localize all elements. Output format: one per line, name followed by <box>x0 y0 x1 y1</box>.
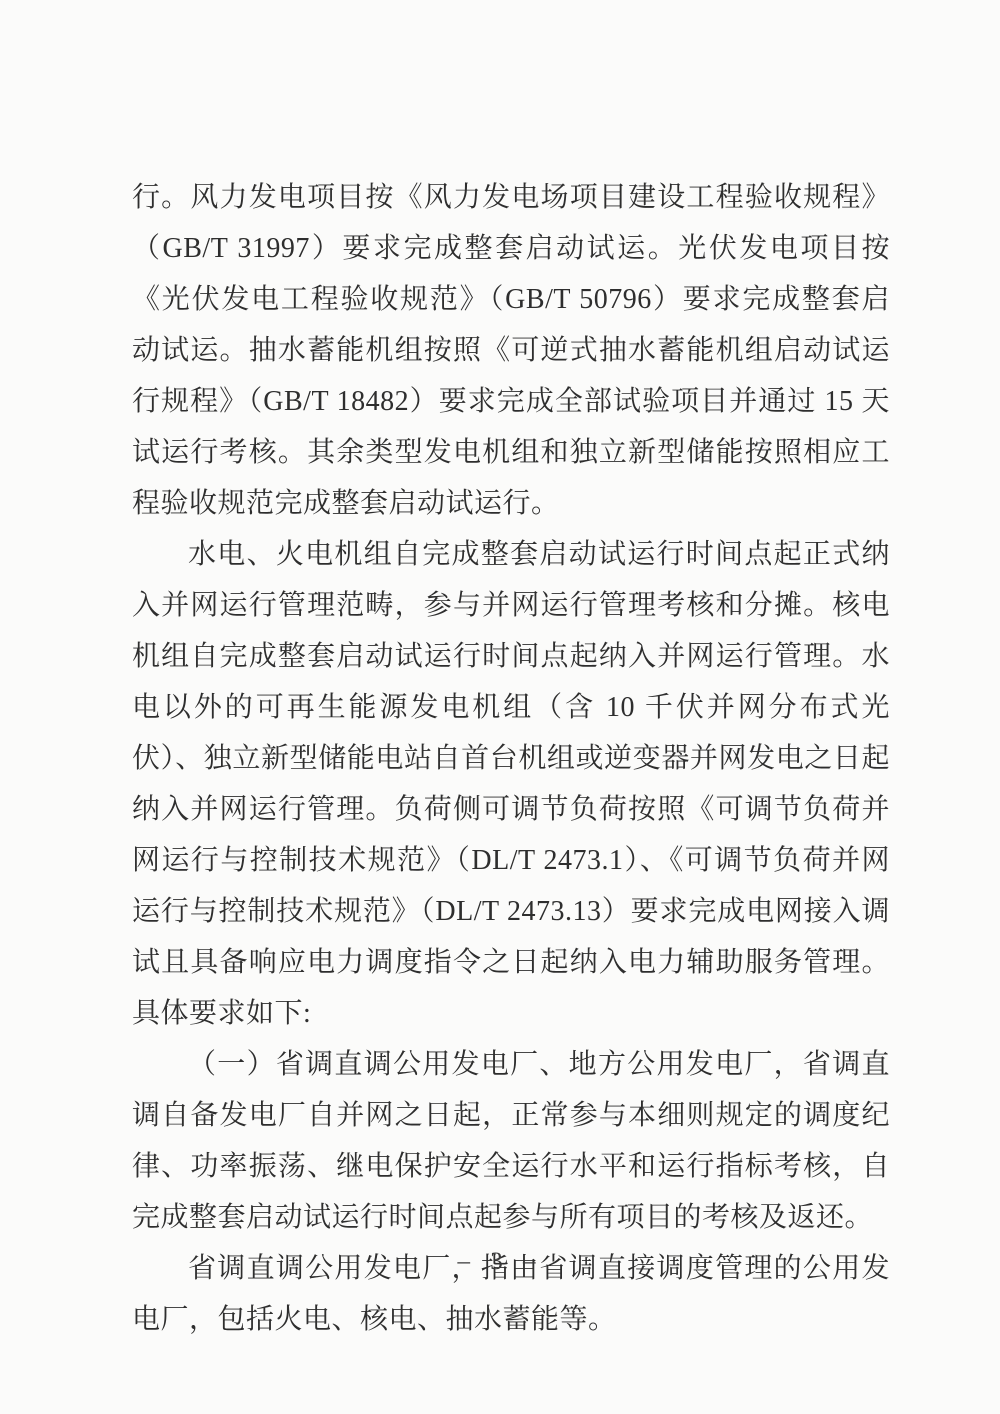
page-number: – 3 – <box>458 1248 543 1275</box>
page-footer: – 3 – <box>0 1248 1000 1276</box>
body-paragraph-grid-management: 水电、火电机组自完成整套启动试运行时间点起正式纳入并网运行管理范畴，参与并网运行… <box>132 529 890 1039</box>
body-paragraph-continuation: 行。风力发电项目按《风力发电场项目建设工程验收规程》（GB/T 31997）要求… <box>132 172 890 529</box>
document-page: 行。风力发电项目按《风力发电场项目建设工程验收规程》（GB/T 31997）要求… <box>0 0 1000 1414</box>
document-body: 行。风力发电项目按《风力发电场项目建设工程验收规程》（GB/T 31997）要求… <box>132 172 890 1345</box>
body-paragraph-item-one: （一）省调直调公用发电厂、地方公用发电厂，省调直调自备发电厂自并网之日起，正常参… <box>132 1039 890 1243</box>
